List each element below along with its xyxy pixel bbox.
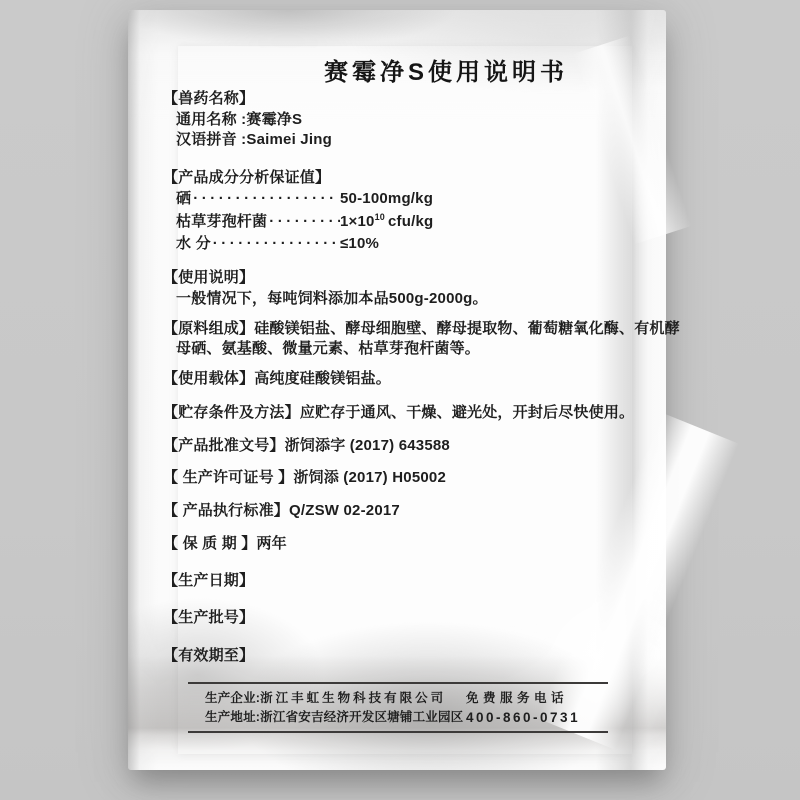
company-label: 生产企业: [205,691,260,705]
batch-number-heading: 【生产批号】 [163,609,254,626]
storage-text: 应贮存于通风、干燥、避光处，开封后尽快使用。 [300,404,634,421]
usage-heading: 【使用说明】 [163,269,254,286]
section-drug-name-heading: 【兽药名称】 [163,89,641,109]
product-bag: 赛霉净S使用说明书 【兽药名称】 通用名称 :赛霉净S 汉语拼音 :Saimei… [128,10,666,770]
section-storage: 【贮存条件及方法】应贮存于通风、干燥、避光处，开封后尽快使用。 [163,403,641,423]
comp-value: 50-100mg/kg [340,188,433,211]
standard-heading: 【 产品执行标准】 [163,502,289,519]
composition-row-selenium: 硒················· 50-100mg/kg [176,188,637,211]
section-usage-heading: 【使用说明】 [163,268,641,288]
carrier-text: 高纯度硅酸镁铝盐。 [254,370,391,387]
comp-value: 1×1010cfu/kg [340,211,433,235]
dot-leader: ················· [191,188,340,211]
section-batch-number: 【生产批号】 [163,608,641,628]
section-expiry: 【有效期至】 [163,646,641,666]
composition-row-moisture: 水 分················· ≤10% [176,233,637,256]
approval-text: 浙饲添字 (2017) 643588 [285,437,450,454]
section-ingredients-line1: 【原料组成】硅酸镁铝盐、酵母细胞壁、酵母提取物、葡萄糖氧化酶、有机酵 [163,319,641,339]
section-standard: 【 产品执行标准】Q/ZSW 02-2017 [163,501,641,521]
section-composition-heading: 【产品成分分析保证值】 [163,168,641,188]
section-production-date: 【生产日期】 [163,571,641,591]
pinyin-line: 汉语拼音 :Saimei Jing [163,130,654,150]
composition-table: 硒················· 50-100mg/kg 枯草芽孢杆菌···… [176,188,637,256]
storage-heading: 【贮存条件及方法】 [163,404,300,421]
license-heading: 【 生产许可证号 】 [163,469,293,486]
section-shelf-life: 【 保 质 期 】两年 [163,534,641,554]
comp-label: 硒 [176,188,191,211]
comp-label: 枯草芽孢杆菌 [176,211,267,234]
generic-name-value: 赛霉净S [246,111,302,128]
drug-name-heading: 【兽药名称】 [163,90,254,107]
hotline-number: 400-860-0731 [466,708,580,727]
section-license-number: 【 生产许可证号 】浙饲添 (2017) H05002 [163,468,641,488]
address-value: 浙江省安吉经济开发区塘铺工业园区 [260,710,463,724]
standard-text: Q/ZSW 02-2017 [289,502,400,519]
company-name: 浙江丰虹生物科技有限公司 [260,691,446,705]
comp-label: 水 分 [176,233,211,256]
usage-text: 一般情况下，每吨饲料添加本品500g-2000g。 [163,289,654,309]
expiry-heading: 【有效期至】 [163,647,254,664]
license-text: 浙饲添 (2017) H05002 [293,469,446,486]
ingredients-heading: 【原料组成】 [163,320,254,337]
label-title: 赛霉净S使用说明书 [163,52,683,87]
manufacturer-block: 生产企业:浙江丰虹生物科技有限公司 生产地址:浙江省安吉经济开发区塘铺工业园区 [205,689,463,727]
dot-leader: ················· [211,233,340,256]
exponent: 10 [375,212,385,222]
shelf-life-heading: 【 保 质 期 】 [163,535,256,552]
pinyin-value: Saimei Jing [246,131,332,148]
ingredients-text-line2: 母硒、氨基酸、微量元素、枯草芽孢杆菌等。 [163,339,654,359]
section-approval-number: 【产品批准文号】浙饲添字 (2017) 643588 [163,436,641,456]
section-carrier: 【使用载体】高纯度硅酸镁铝盐。 [163,369,641,389]
footer-bottom-rule [188,731,608,733]
composition-row-bacillus: 枯草芽孢杆菌········· 1×1010cfu/kg [176,211,637,234]
hotline-block: 免费服务电话 400-860-0731 [466,689,580,727]
footer-top-rule [188,682,608,684]
generic-name-label: 通用名称 : [176,111,246,128]
address-label: 生产地址: [205,710,260,724]
dot-leader: ········· [267,211,340,234]
shelf-life-text: 两年 [256,535,286,552]
approval-heading: 【产品批准文号】 [163,437,285,454]
company-line: 生产企业:浙江丰虹生物科技有限公司 [205,689,463,708]
composition-heading: 【产品成分分析保证值】 [163,169,330,186]
comp-value: ≤10% [340,233,379,256]
hotline-label: 免费服务电话 [466,689,580,708]
production-date-heading: 【生产日期】 [163,572,254,589]
generic-name-line: 通用名称 :赛霉净S [163,110,654,130]
ingredients-text-line1: 硅酸镁铝盐、酵母细胞壁、酵母提取物、葡萄糖氧化酶、有机酵 [254,320,680,337]
carrier-heading: 【使用载体】 [163,370,254,387]
pinyin-label: 汉语拼音 : [176,131,246,148]
label-content: 赛霉净S使用说明书 【兽药名称】 通用名称 :赛霉净S 汉语拼音 :Saimei… [128,10,666,770]
address-line: 生产地址:浙江省安吉经济开发区塘铺工业园区 [205,708,463,727]
